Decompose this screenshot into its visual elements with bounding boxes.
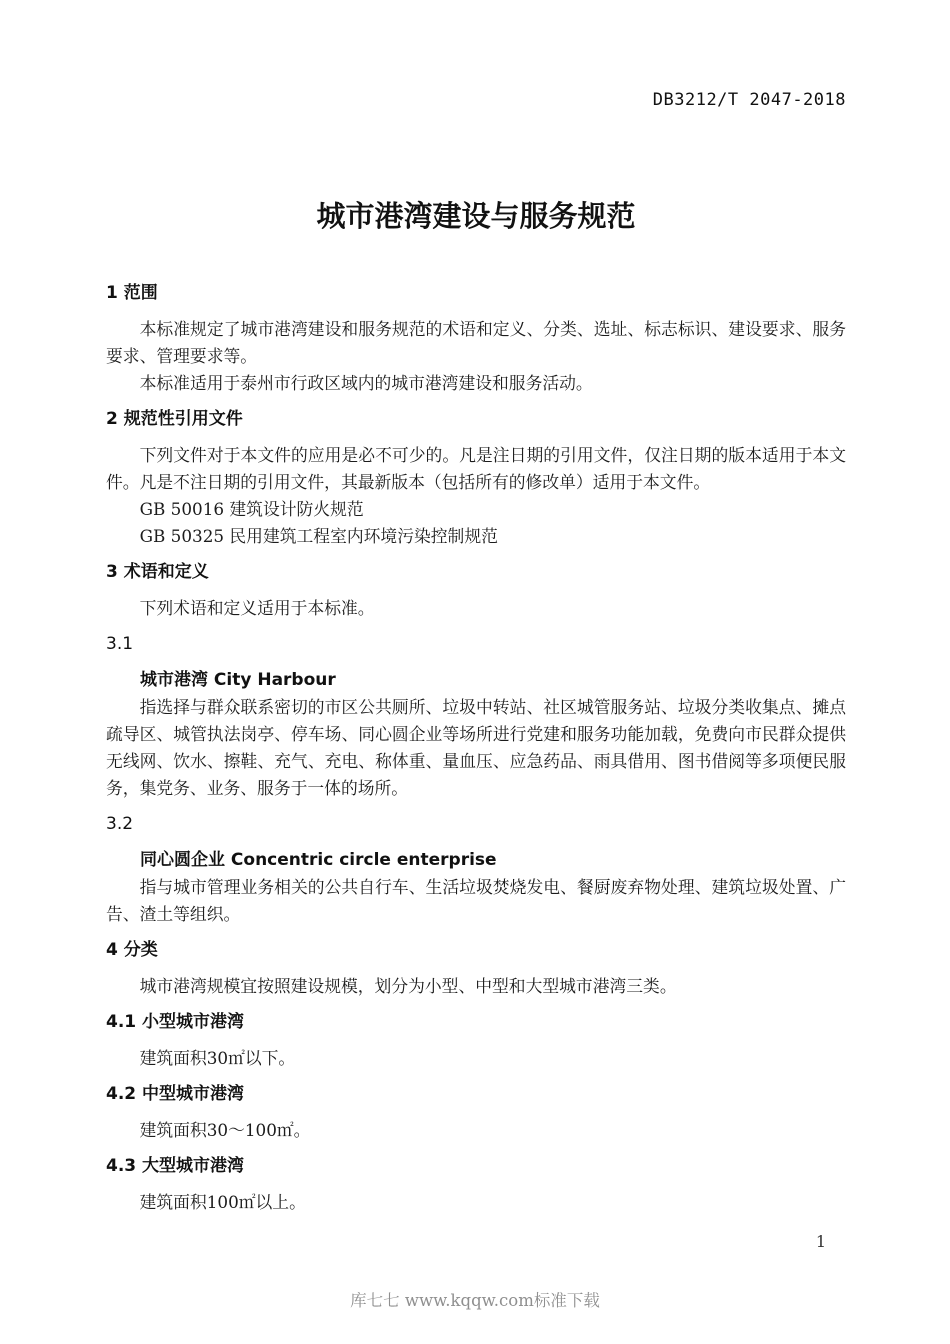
- clause-3-1-number: 3.1: [106, 631, 846, 658]
- page-title: 城市港湾建设与服务规范: [106, 196, 846, 236]
- term-concentric-circle-enterprise: 同心圆企业 Concentric circle enterprise: [106, 847, 846, 874]
- watermark-download-note: 库七七 www.kqqw.com标准下载: [0, 1290, 950, 1312]
- section-4-1-heading: 4.1 小型城市港湾: [106, 1009, 846, 1036]
- document-page: DB3212/T 2047-2018 城市港湾建设与服务规范 1 范围 本标准规…: [0, 0, 950, 1344]
- clause-3-2-number: 3.2: [106, 811, 846, 838]
- term-concentric-circle-enterprise-definition: 指与城市管理业务相关的公共自行车、生活垃圾焚烧发电、餐厨废弃物处理、建筑垃圾处置…: [106, 874, 846, 928]
- section-2-reference-2: GB 50325 民用建筑工程室内环境污染控制规范: [106, 523, 846, 550]
- section-1-heading: 1 范围: [106, 280, 846, 307]
- document-body: 1 范围 本标准规定了城市港湾建设和服务规范的术语和定义、分类、选址、标志标识、…: [106, 280, 846, 1216]
- section-3-intro: 下列术语和定义适用于本标准。: [106, 595, 846, 622]
- section-2-heading: 2 规范性引用文件: [106, 406, 846, 433]
- section-4-2-body: 建筑面积30～100㎡。: [106, 1117, 846, 1144]
- section-4-heading: 4 分类: [106, 937, 846, 964]
- section-3-heading: 3 术语和定义: [106, 559, 846, 586]
- section-1-paragraph-1: 本标准规定了城市港湾建设和服务规范的术语和定义、分类、选址、标志标识、建设要求、…: [106, 316, 846, 370]
- section-2-reference-1: GB 50016 建筑设计防火规范: [106, 496, 846, 523]
- section-4-3-body: 建筑面积100㎡以上。: [106, 1189, 846, 1216]
- section-2-paragraph-1: 下列文件对于本文件的应用是必不可少的。凡是注日期的引用文件，仅注日期的版本适用于…: [106, 442, 846, 496]
- term-city-harbour-definition: 指选择与群众联系密切的市区公共厕所、垃圾中转站、社区城管服务站、垃圾分类收集点、…: [106, 694, 846, 802]
- term-city-harbour: 城市港湾 City Harbour: [106, 667, 846, 694]
- doc-reference: DB3212/T 2047-2018: [106, 88, 846, 112]
- section-4-2-heading: 4.2 中型城市港湾: [106, 1081, 846, 1108]
- section-1-paragraph-2: 本标准适用于泰州市行政区域内的城市港湾建设和服务活动。: [106, 370, 846, 397]
- section-4-3-heading: 4.3 大型城市港湾: [106, 1153, 846, 1180]
- section-4-intro: 城市港湾规模宜按照建设规模，划分为小型、中型和大型城市港湾三类。: [106, 973, 846, 1000]
- page-number: 1: [816, 1232, 826, 1252]
- section-4-1-body: 建筑面积30㎡以下。: [106, 1045, 846, 1072]
